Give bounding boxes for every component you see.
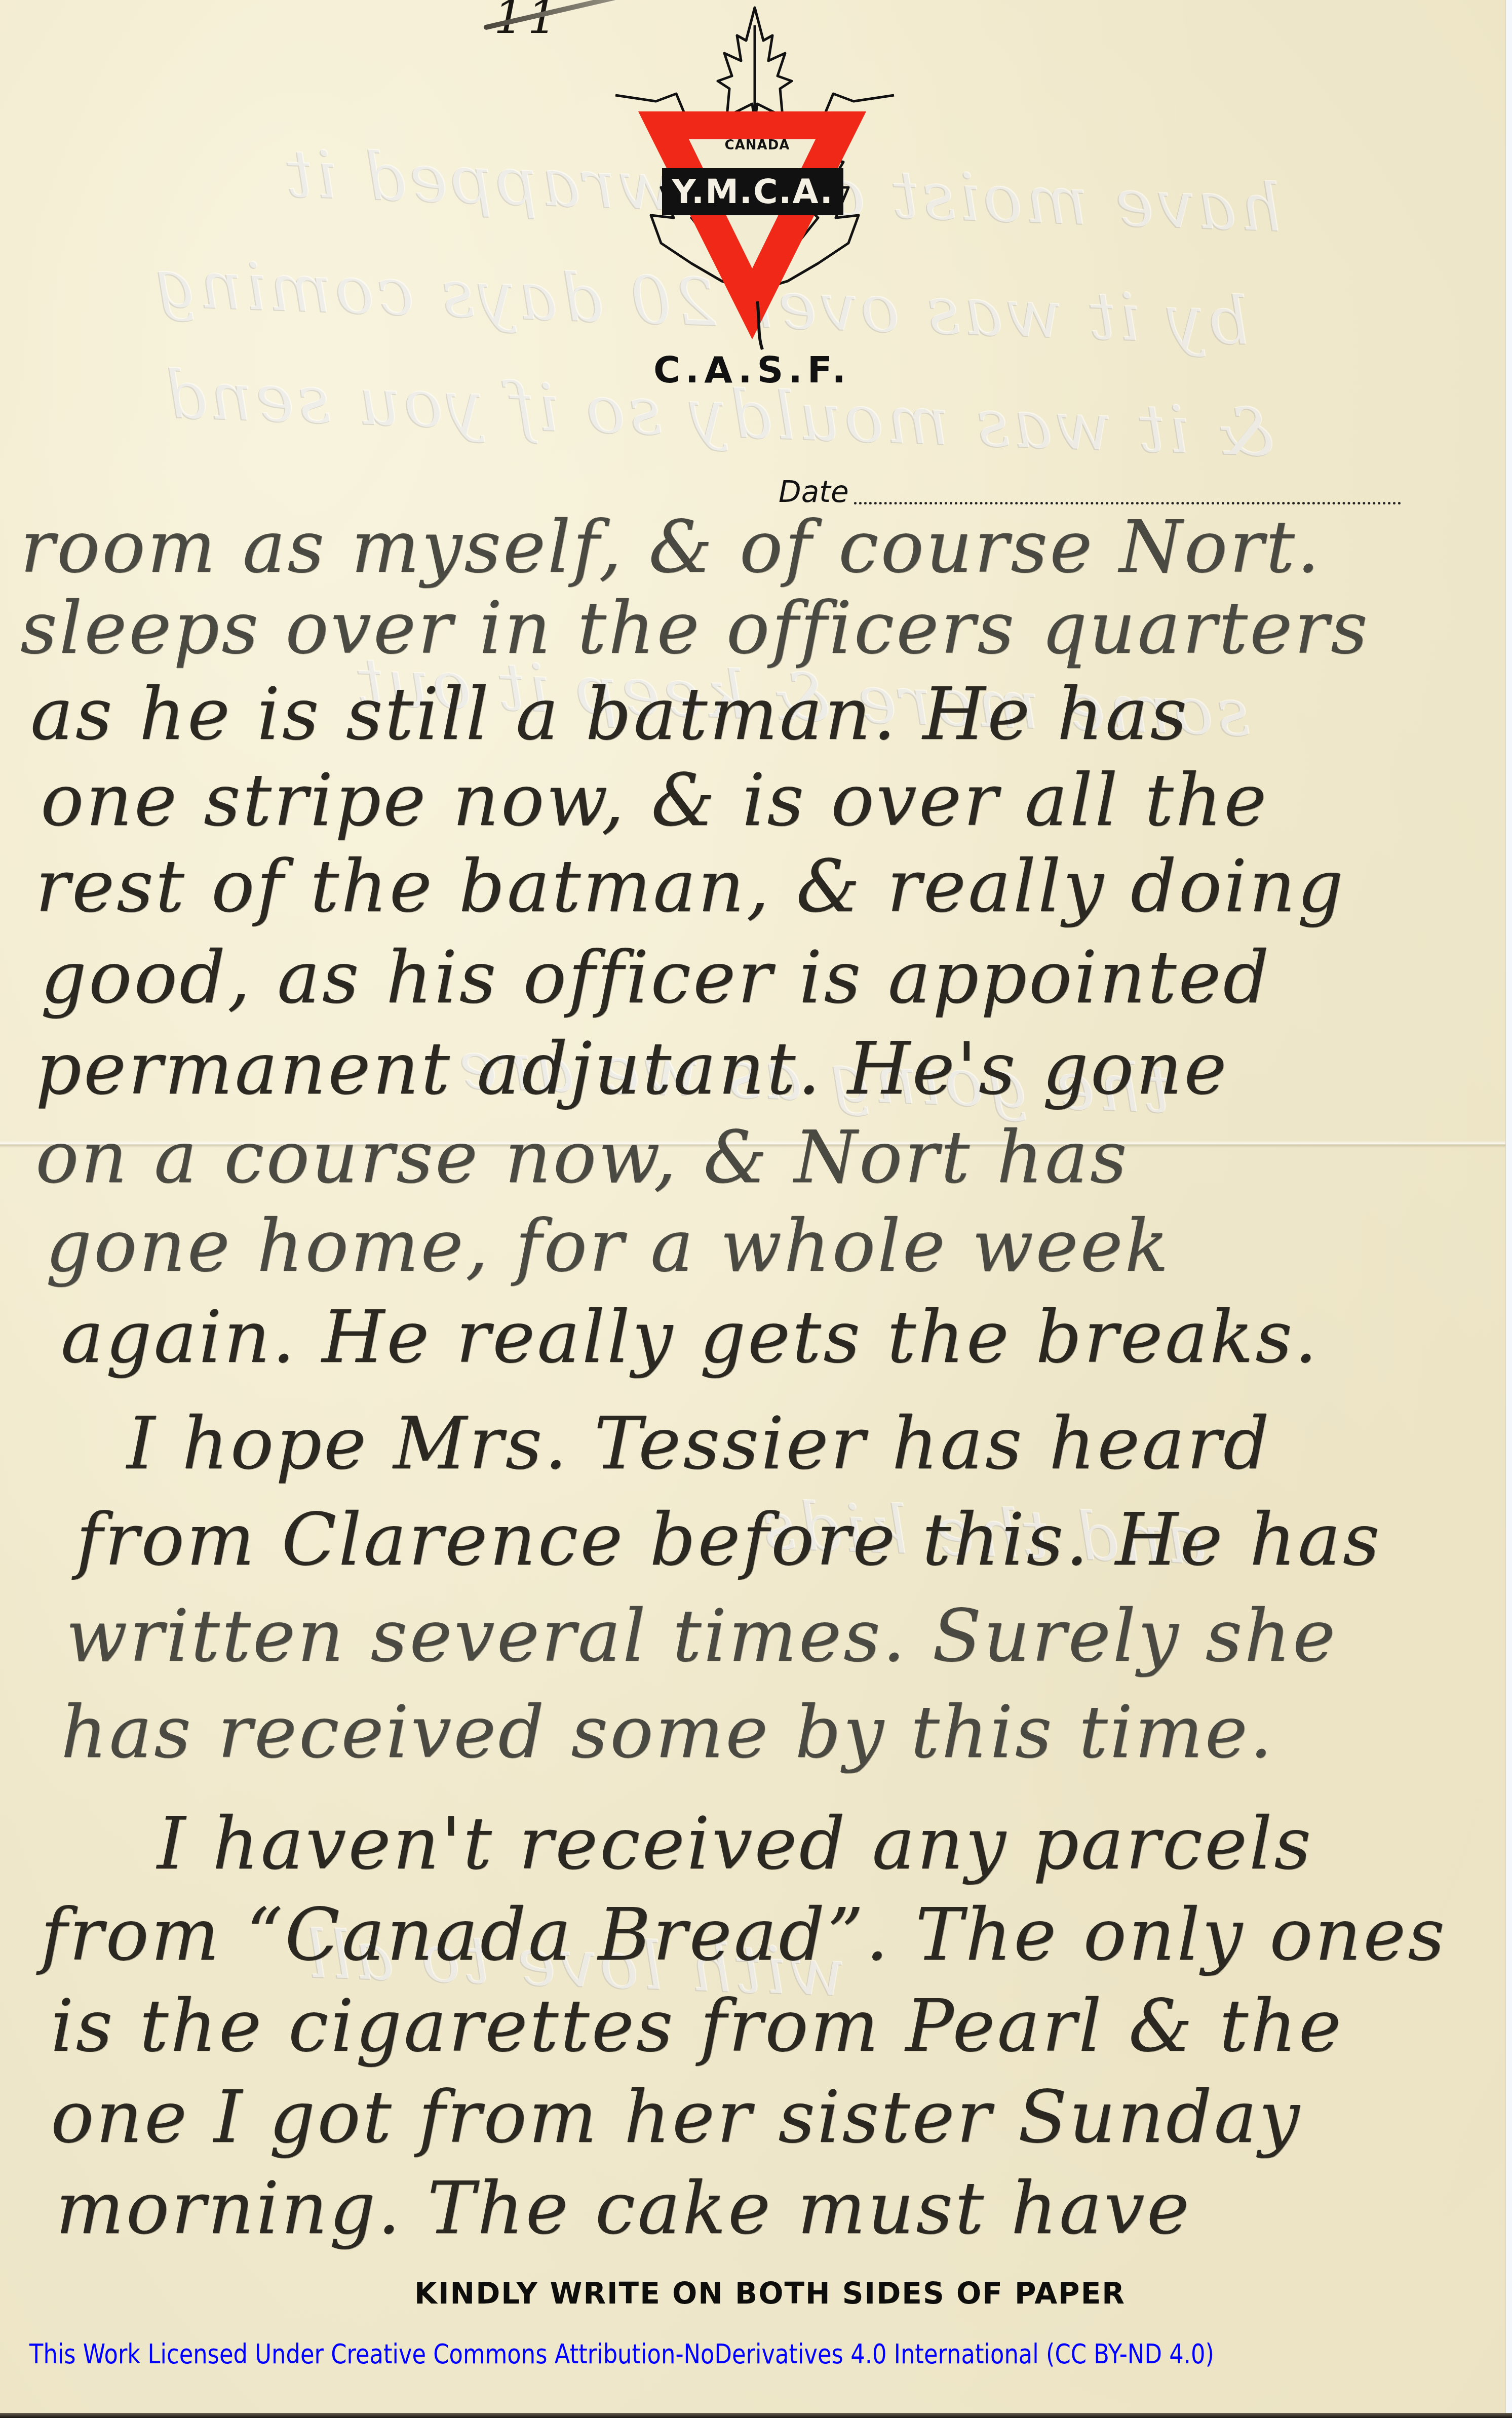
handwritten-line: from “Canada Bread”. The only ones [41,1899,1447,1971]
handwritten-line: rest of the batman, & really doing [35,851,1345,923]
handwritten-line: permanent adjutant. He's gone [35,1033,1229,1105]
handwritten-line: again. He really gets the breaks. [61,1302,1319,1374]
handwritten-line: sleeps over in the officers quarters [20,593,1370,665]
handwritten-line: one stripe now, & is over all the [41,765,1268,837]
letter-page: have moist cake wrapped it by it was ove… [0,0,1512,2418]
handwritten-line: good, as his officer is appointed [41,942,1271,1014]
handwritten-line: on a course now, & Nort has [35,1122,1129,1194]
license-notice: This Work Licensed Under Creative Common… [29,2338,1214,2370]
handwritten-line: gone home, for a whole week [46,1211,1171,1282]
scanner-bottom-edge [0,2413,1512,2418]
handwritten-line: morning. The cake must have [56,2173,1191,2245]
handwritten-letter-body: room as myself, & of course Nort. sleeps… [0,0,1512,2418]
handwritten-line: room as myself, & of course Nort. [20,512,1322,583]
handwritten-line: has received some by this time. [61,1697,1274,1769]
handwritten-line: written several times. Surely she [66,1601,1337,1672]
handwritten-line: I hope Mrs. Tessier has heard [127,1408,1271,1480]
handwritten-line: from Clarence before this. He has [76,1504,1382,1576]
handwritten-line: is the cigarettes from Pearl & the [51,1991,1343,2062]
preprinted-footer-notice: KINDLY WRITE ON BOTH SIDES OF PAPER [350,2276,1190,2311]
paper-right-edge [1505,0,1512,2418]
handwritten-line: I haven't received any parcels [157,1808,1313,1880]
handwritten-line: one I got from her sister Sunday [51,2082,1301,2154]
handwritten-line: as he is still a batman. He has [30,679,1189,751]
